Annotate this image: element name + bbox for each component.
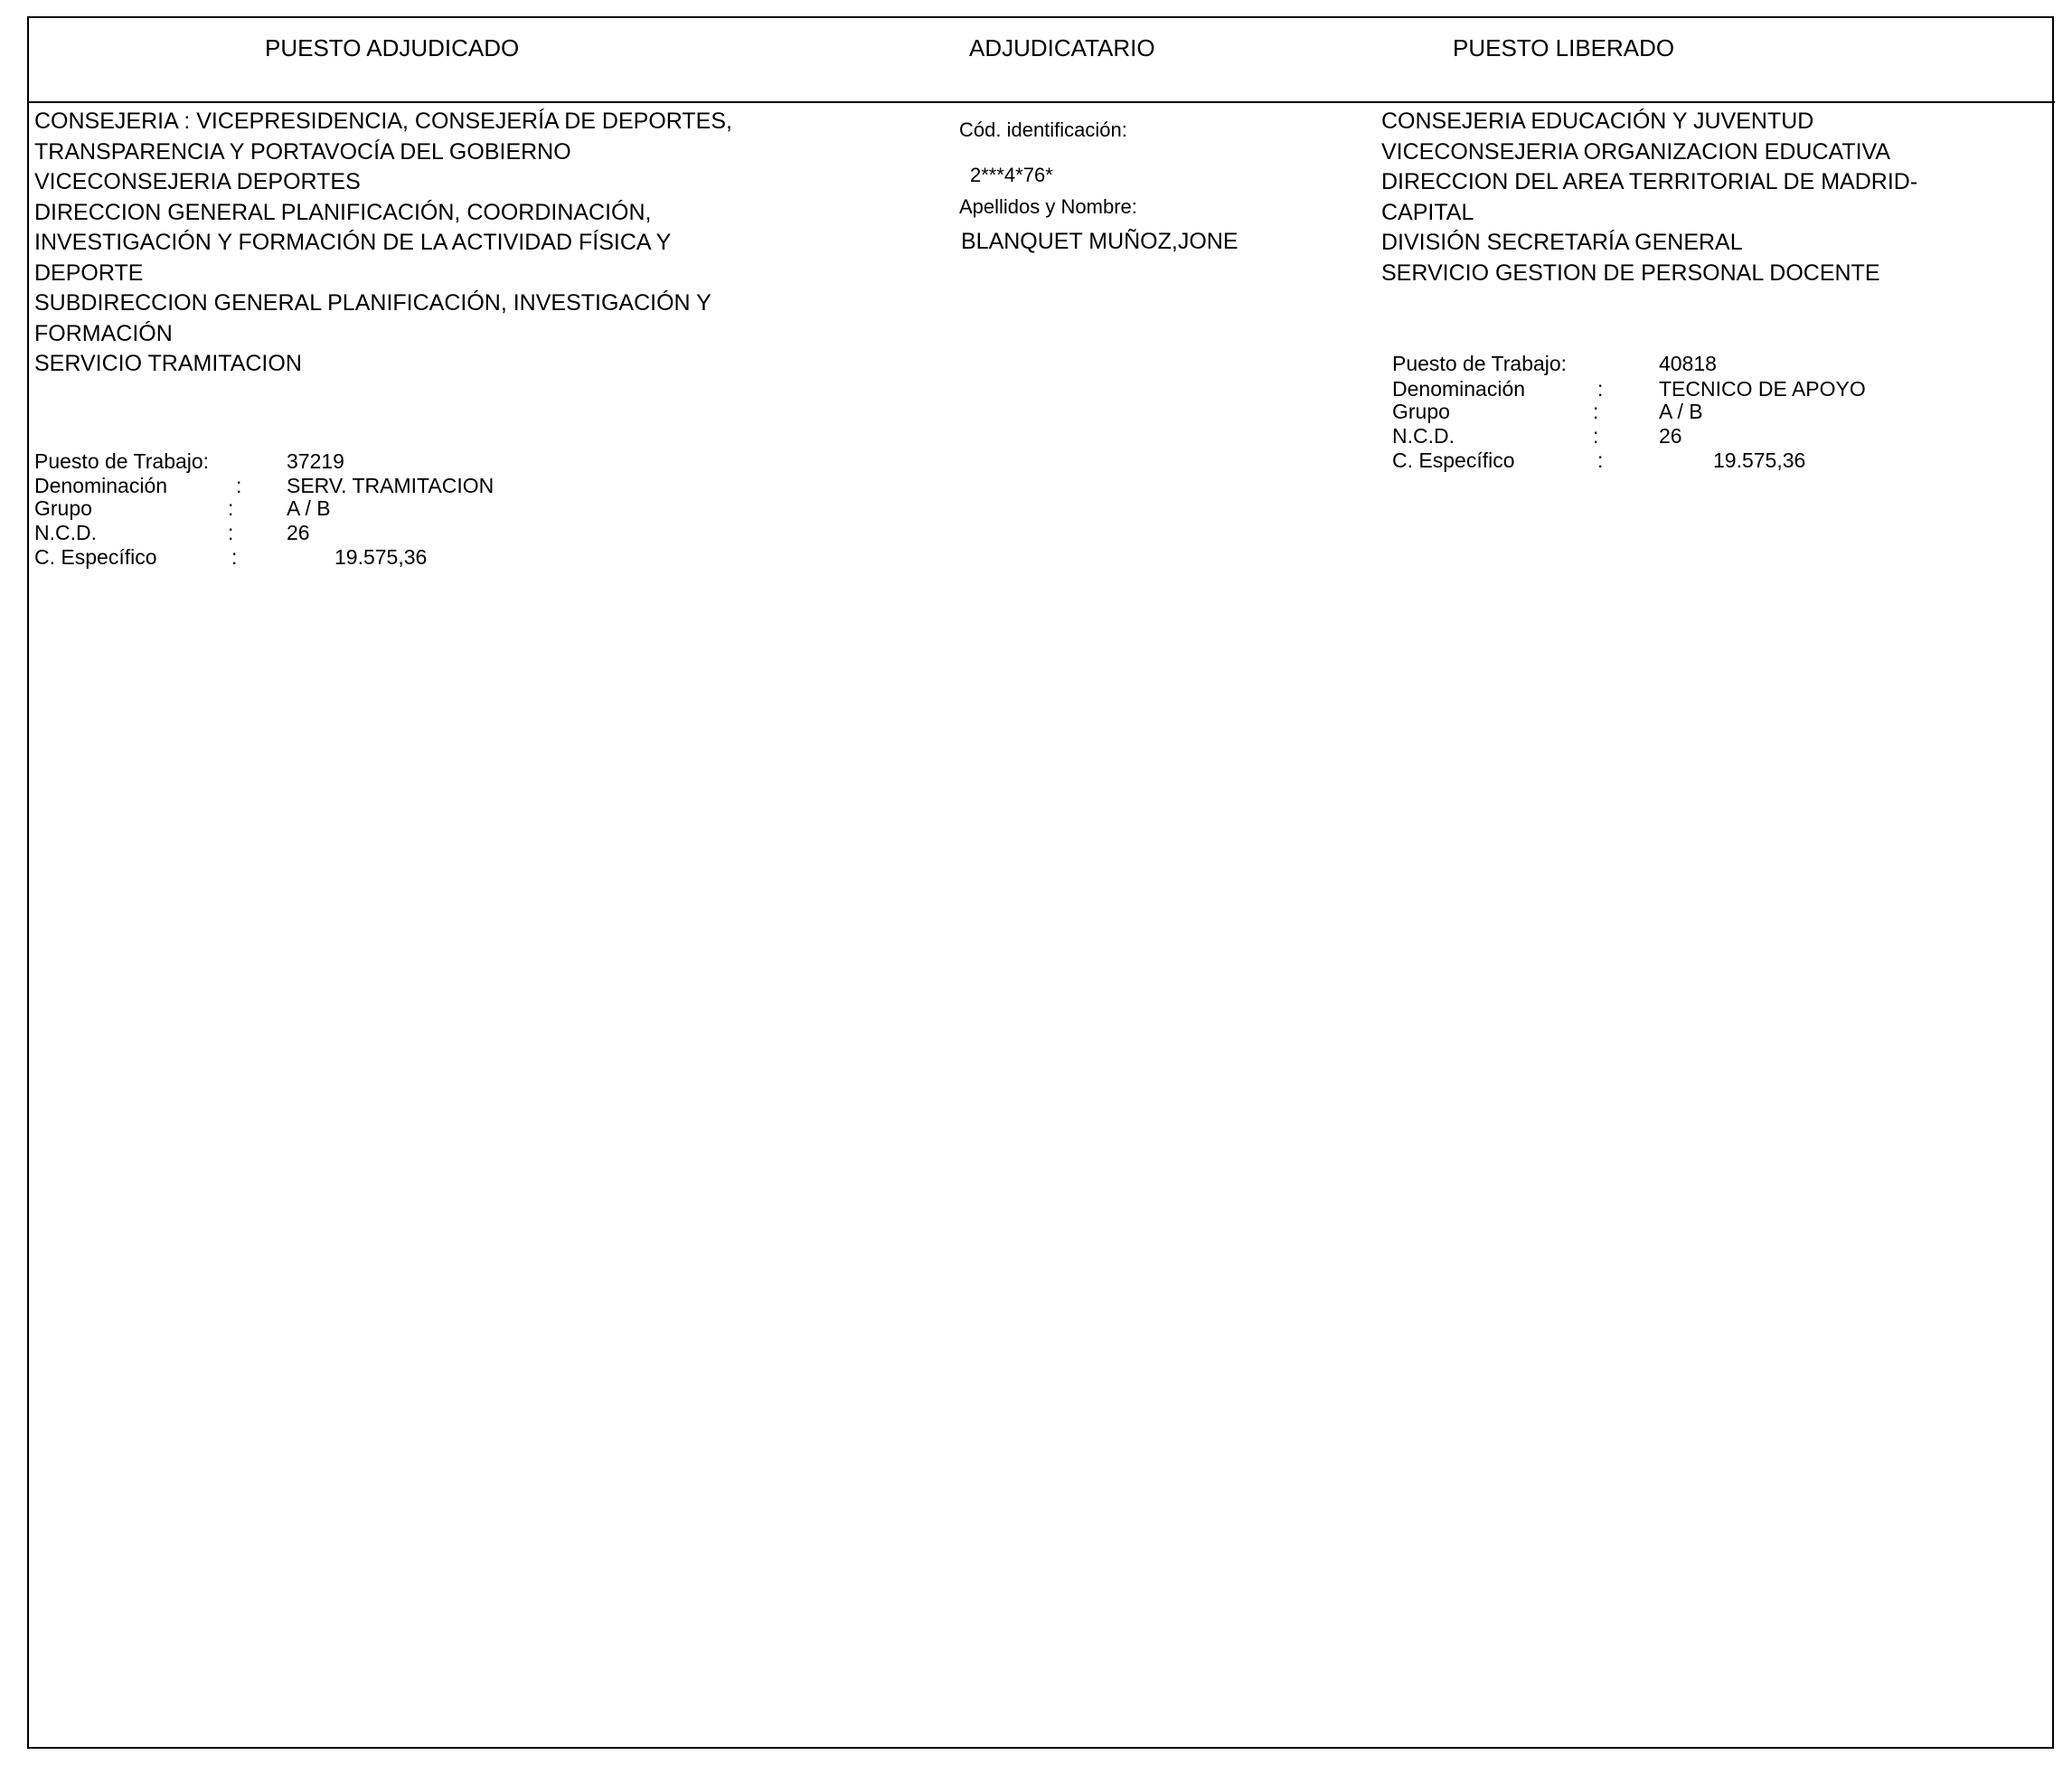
apellidos-nombre-label: Apellidos y Nombre: xyxy=(959,195,1137,219)
liberado-org-block: CONSEJERIA EDUCACIÓN Y JUVENTUD VICECONS… xyxy=(1381,107,1917,288)
field-value: A / B xyxy=(287,496,331,520)
field-colon: : xyxy=(1597,448,1603,472)
header-puesto-adjudicado: PUESTO ADJUDICADO xyxy=(265,34,519,61)
field-label: C. Específico xyxy=(1392,448,1515,472)
field-value: TECNICO DE APOYO xyxy=(1659,377,1866,401)
field-colon: : xyxy=(1597,377,1603,401)
field-colon: : xyxy=(1593,400,1598,423)
field-label: C. Específico xyxy=(34,545,157,569)
header-adjudicatario: ADJUDICATARIO xyxy=(969,34,1155,61)
field-value: 40818 xyxy=(1659,352,1717,375)
field-label: Grupo xyxy=(34,496,92,520)
field-colon: : xyxy=(236,474,241,497)
org-line: DEPORTE xyxy=(34,259,732,289)
apellidos-nombre-value: BLANQUET MUÑOZ,JONE xyxy=(961,229,1238,254)
org-line: TRANSPARENCIA Y PORTAVOCÍA DEL GOBIERNO xyxy=(34,137,732,168)
org-line: SERVICIO TRAMITACION xyxy=(34,349,732,380)
field-label: N.C.D. xyxy=(1392,424,1455,448)
field-value: 37219 xyxy=(287,449,344,473)
field-label: Grupo xyxy=(1392,400,1450,423)
field-colon: : xyxy=(1593,424,1598,448)
field-value: 19.575,36 xyxy=(334,545,427,569)
field-colon: : xyxy=(228,521,233,544)
field-label: Puesto de Trabajo: xyxy=(34,449,209,473)
org-line: DIRECCION DEL AREA TERRITORIAL DE MADRID… xyxy=(1381,167,1917,198)
field-value: 26 xyxy=(287,521,310,544)
field-label: Puesto de Trabajo: xyxy=(1392,352,1567,375)
field-label: Denominación xyxy=(34,474,167,497)
field-value: SERV. TRAMITACION xyxy=(287,474,494,497)
org-line: CONSEJERIA : VICEPRESIDENCIA, CONSEJERÍA… xyxy=(34,107,732,137)
org-line: CONSEJERIA EDUCACIÓN Y JUVENTUD xyxy=(1381,107,1917,137)
field-value: 19.575,36 xyxy=(1713,448,1805,472)
org-line: SERVICIO GESTION DE PERSONAL DOCENTE xyxy=(1381,259,1917,289)
org-line: INVESTIGACIÓN Y FORMACIÓN DE LA ACTIVIDA… xyxy=(34,228,732,259)
org-line: DIRECCION GENERAL PLANIFICACIÓN, COORDIN… xyxy=(34,198,732,229)
org-line: VICECONSEJERIA ORGANIZACION EDUCATIVA xyxy=(1381,137,1917,168)
field-colon: : xyxy=(228,496,233,520)
org-line: CAPITAL xyxy=(1381,198,1917,229)
field-label: N.C.D. xyxy=(34,521,97,544)
cod-identificacion-value: 2***4*76* xyxy=(970,164,1053,187)
cod-identificacion-label: Cód. identificación: xyxy=(959,118,1127,142)
field-value: 26 xyxy=(1659,424,1682,448)
org-line: DIVISIÓN SECRETARÍA GENERAL xyxy=(1381,228,1917,259)
field-value: A / B xyxy=(1659,400,1703,423)
org-line: VICECONSEJERIA DEPORTES xyxy=(34,167,732,198)
adjudicado-org-block: CONSEJERIA : VICEPRESIDENCIA, CONSEJERÍA… xyxy=(34,107,732,380)
field-colon: : xyxy=(231,545,237,569)
org-line: SUBDIRECCION GENERAL PLANIFICACIÓN, INVE… xyxy=(34,288,732,319)
header-puesto-liberado: PUESTO LIBERADO xyxy=(1453,34,1674,61)
org-line: FORMACIÓN xyxy=(34,319,732,350)
header-divider xyxy=(27,101,2055,103)
field-label: Denominación xyxy=(1392,377,1525,401)
